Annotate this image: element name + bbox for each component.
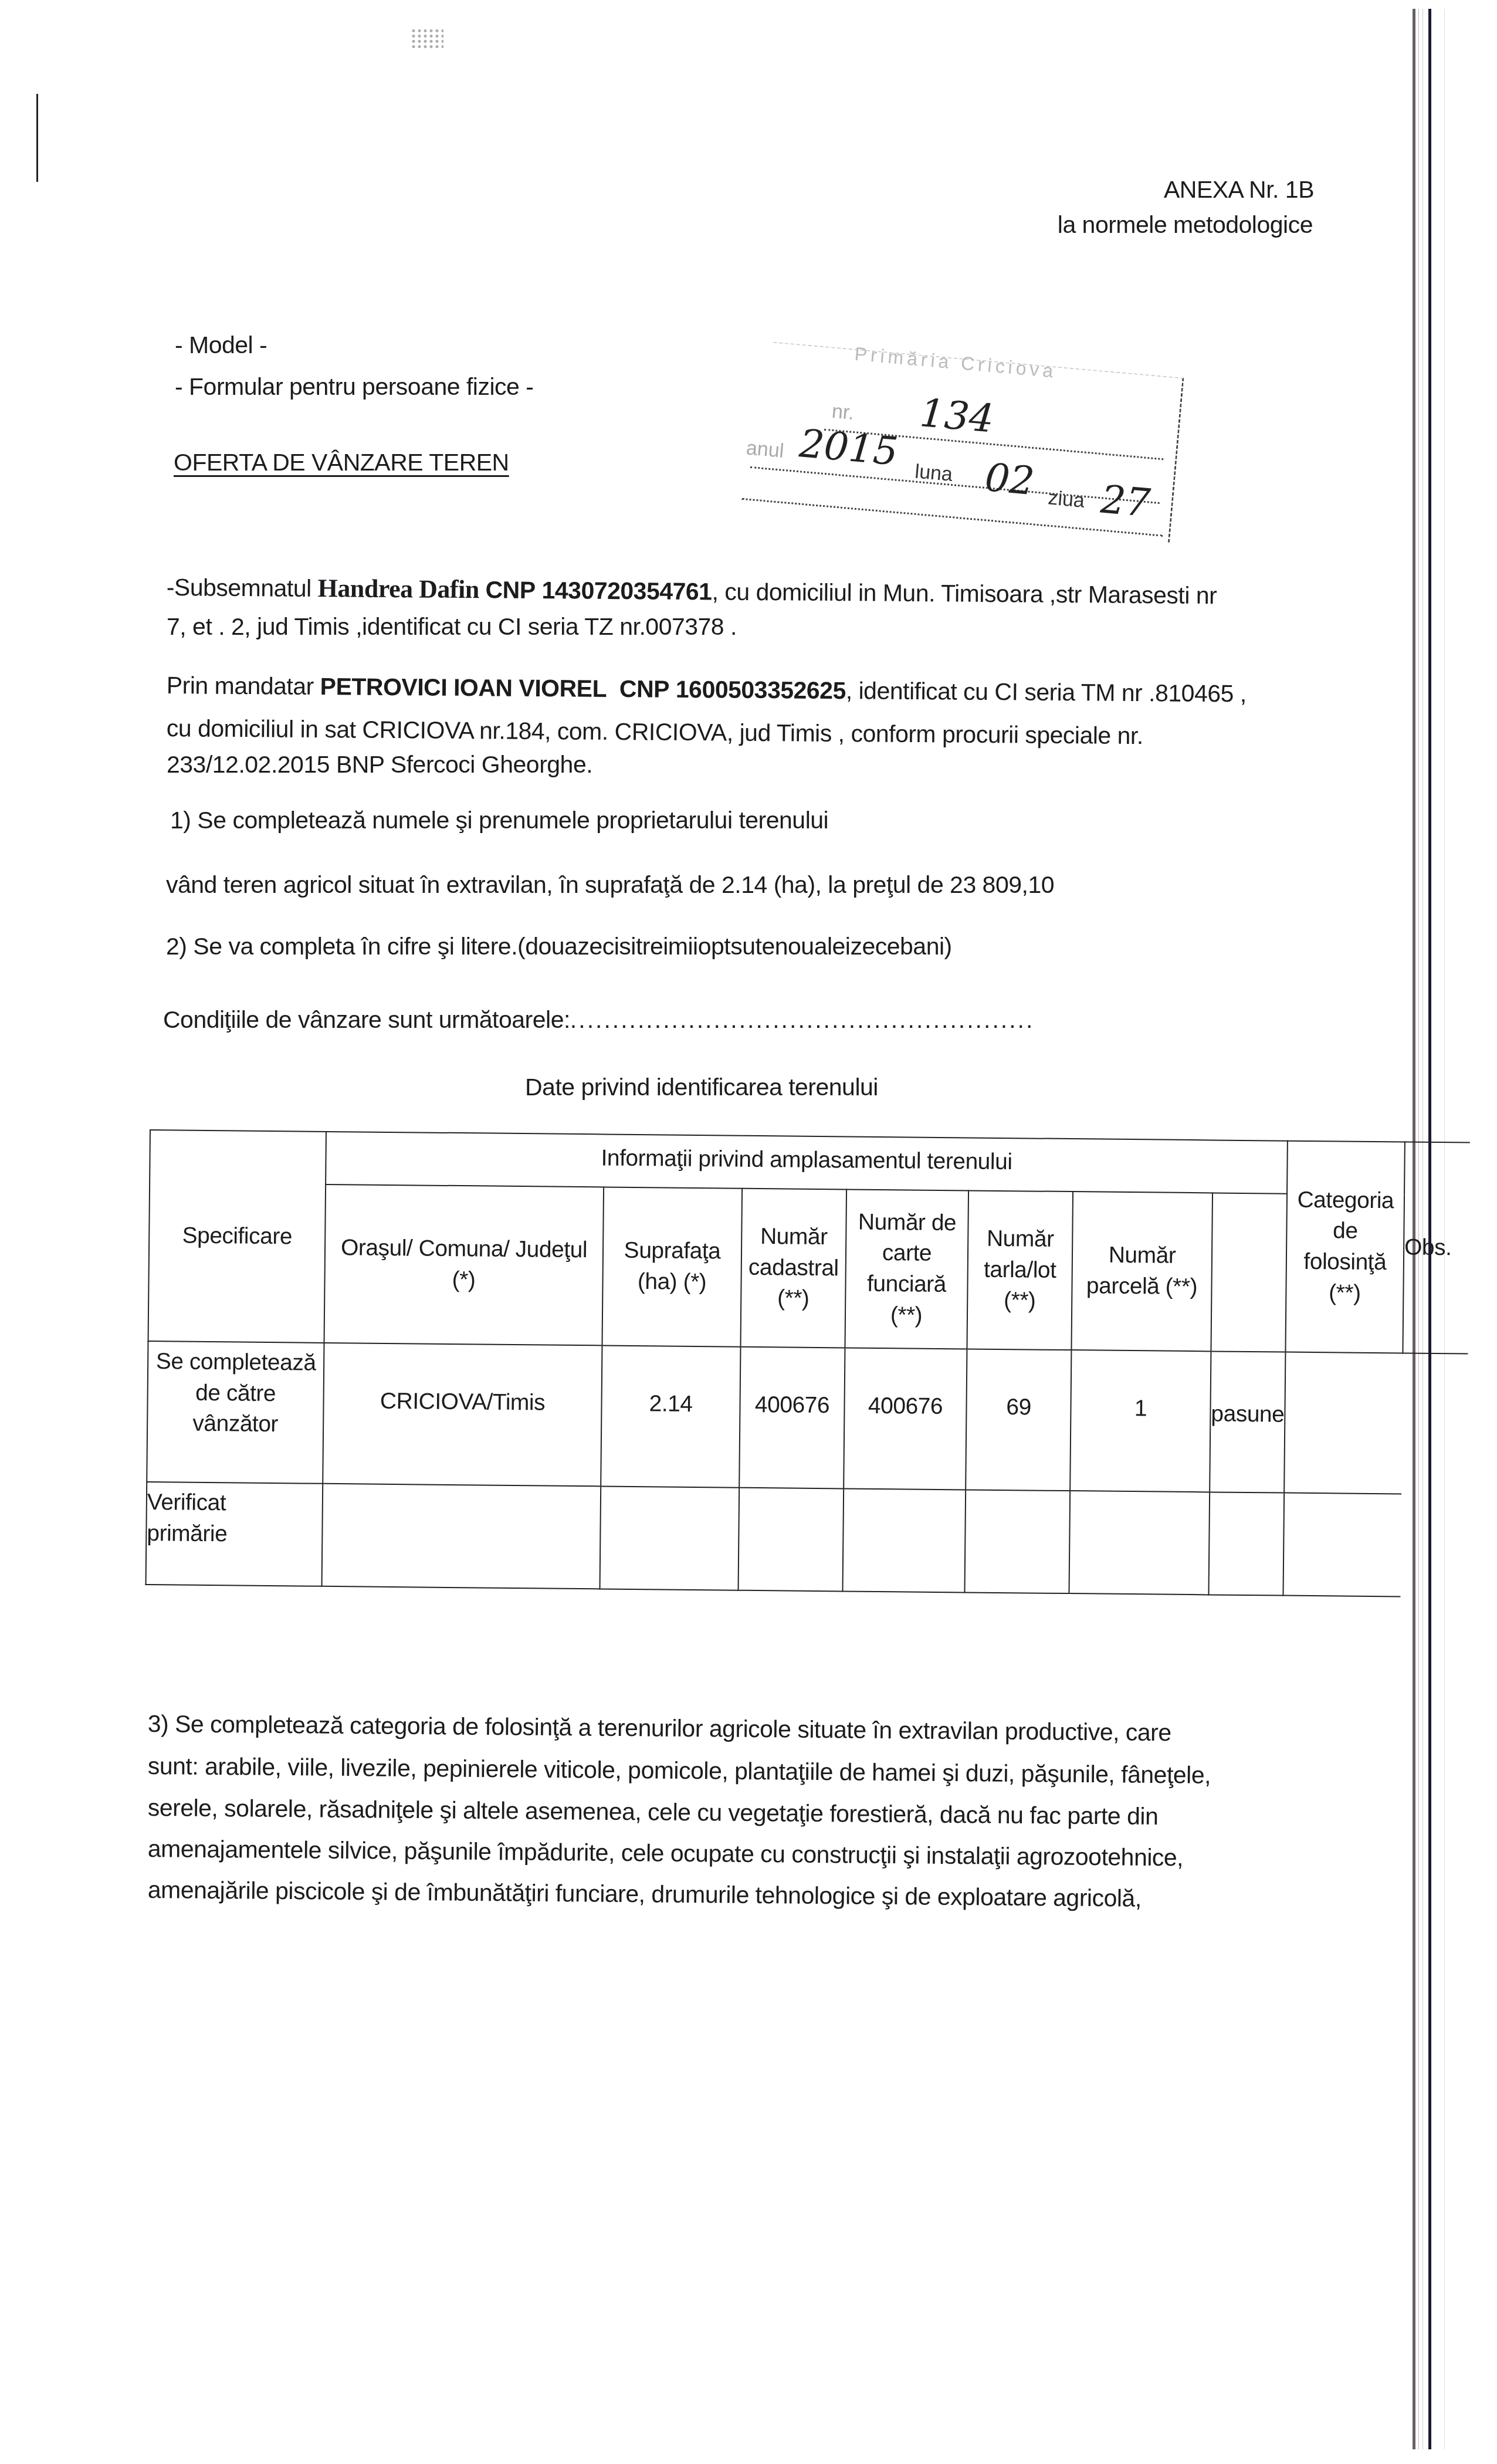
seller-cnp-label: CNP [485,576,535,604]
cell-locality [322,1484,601,1589]
proxy-line-1: Prin mandatar PETROVICI IOAN VIOREL CNP … [167,672,1247,708]
row-label-town-hall: Verificatprimărie [146,1482,323,1586]
col-header-obs: Obs. [1403,1142,1469,1354]
form-type: - Formular pentru persoane fizice - [175,373,533,401]
col-header-category: Categoria de folosinţă (**) [1285,1141,1404,1353]
col-header-plot: Numărtarla/lot(**) [967,1190,1073,1350]
cell-cadastral: 400676 [739,1347,845,1489]
col-header-spec: Specificare [148,1130,326,1343]
scan-speck [411,28,443,48]
row-label-seller: Se completeazăde cătrevânzător [147,1341,324,1484]
stamp-day: 27 [1099,476,1152,526]
cell-area: 2.14 [601,1345,740,1487]
registration-stamp: Primăria Criciova nr. 134 anul 2015 luna… [741,329,1201,543]
proxy-address: cu domiciliul in sat CRICIOVA nr.184, co… [167,715,1143,750]
margin-mark [36,94,38,182]
annex-number: ANEXA Nr. 1B [1164,176,1314,204]
cell-parcel: 1 [1070,1350,1211,1492]
land-data-table: Specificare Informaţii privind amplasame… [145,1129,1470,1598]
stamp-month: 02 [983,455,1036,504]
stamp-reg-label: nr. [831,400,855,425]
note-2: 2) Se va completa în cifre şi litere.(do… [166,933,952,960]
proxy-prefix: Prin mandatar [167,672,314,700]
seller-name: Handrea Dafin [317,574,479,604]
annex-subtitle: la normele metodologice [1058,211,1313,239]
table-row-town-hall: Verificatprimărie [146,1482,1467,1597]
footnote-3-line-1: 3) Se completează categoria de folosinţă… [148,1710,1171,1747]
sale-statement: vând teren agricol situat în extravilan,… [166,871,1054,899]
cell-obs [1283,1493,1401,1597]
seller-prefix: -Subsemnatul [167,574,311,602]
cell-area [600,1486,740,1590]
table-caption: Date privind identificarea terenului [525,1074,878,1101]
footnote-3-line-5: amenajările piscicole şi de îmbunătăţiri… [148,1876,1142,1913]
cell-land-book [842,1488,966,1592]
cell-category [1208,1492,1284,1595]
proxy-power-of-attorney: 233/12.02.2015 BNP Sfercoci Gheorghe. [167,751,592,779]
conditions-dots: ........................................… [570,1006,1035,1033]
seller-cnp: 1430720354761 [541,577,712,605]
seller-address-2: 7, et . 2, jud Timis ,identificat cu CI … [167,613,737,641]
col-header-cadastral: Numărcadastral(**) [740,1189,846,1348]
note-1: 1) Se completează numele şi prenumele pr… [170,807,828,834]
stamp-year: 2015 [798,421,900,474]
proxy-id: , identificat cu CI seria TM nr .810465 … [846,677,1247,707]
stamp-reg-number: 134 [918,390,995,442]
footnote-3-line-2: sunt: arabile, viile, livezile, pepinier… [148,1752,1211,1789]
cell-land-book: 400676 [844,1348,967,1490]
conditions-label: Condiţiile de vânzare sunt următoarele: [163,1006,570,1033]
group-header: Informaţii privind amplasamentul terenul… [326,1132,1288,1194]
cell-plot [964,1490,1070,1593]
cell-obs [1284,1352,1403,1494]
col-header-locality: Oraşul/ Comuna/ Judeţul(*) [324,1184,604,1346]
sale-conditions: Condiţiile de vânzare sunt următoarele:.… [163,1006,1034,1034]
proxy-cnp-label: CNP [619,675,669,703]
col-header-area: Suprafaţa(ha) (*) [602,1187,742,1346]
table-row-seller: Se completeazăde cătrevânzător CRICIOVA/… [147,1341,1468,1495]
stamp-month-label: luna [914,461,953,486]
model-label: - Model - [175,331,267,359]
col-header-parcel: Numărparcelă (**) [1071,1192,1212,1351]
col-header-land-book: Număr decartefunciară(**) [845,1189,968,1349]
cell-locality: CRICIOVA/Timis [323,1343,602,1487]
cell-category: pasune [1210,1351,1285,1492]
cell-cadastral [739,1488,844,1592]
footnote-3-line-4: amenajamentele silvice, păşunile împădur… [148,1835,1184,1871]
cell-plot: 69 [966,1349,1071,1491]
footnote-3-line-3: serele, solarele, răsadniţele şi altele … [148,1794,1159,1830]
stamp-day-label: ziua [1047,486,1086,512]
seller-line-1: -Subsemnatul Handrea Dafin CNP 143072035… [167,572,1217,610]
proxy-cnp: 1600503352625 [676,676,846,704]
stamp-year-label: anul [745,436,784,462]
seller-address-1: , cu domiciliul in Mun. Timisoara ,str M… [712,578,1217,609]
proxy-name: PETROVICI IOAN VIOREL [320,673,607,702]
cell-parcel [1069,1491,1210,1595]
document-title: OFERTA DE VÂNZARE TEREN [174,449,509,476]
